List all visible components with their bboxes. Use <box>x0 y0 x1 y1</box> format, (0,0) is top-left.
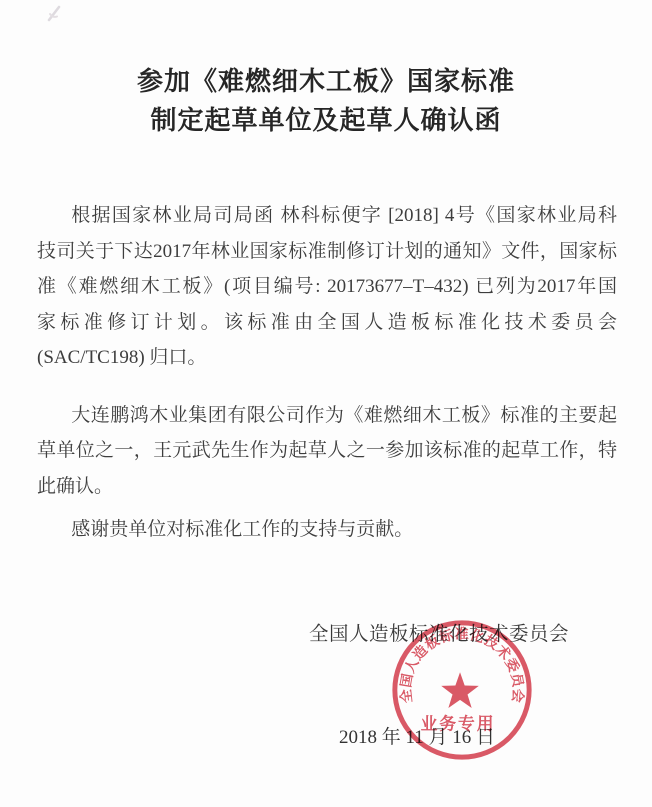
letter-title-line1: 参加《难燃细木工板》国家标准 <box>0 62 652 101</box>
body-line: (SAC/TC198) 归口。 <box>37 340 617 376</box>
pen-mark-icon <box>42 4 68 32</box>
paragraph: 根据国家林业局司局函 林科标便字 [2018] 4号《国家林业局科技司关于下达2… <box>37 198 617 376</box>
paragraph: 感谢贵单位对标准化工作的支持与贡献。 <box>37 512 617 548</box>
letter-title: 参加《难燃细木工板》国家标准 制定起草单位及起草人确认函 <box>0 62 652 140</box>
body-line: 家标准修订计划。该标准由全国人造板标准化技术委员会 <box>37 305 617 341</box>
body-line: 根据国家林业局司局函 林科标便字 [2018] 4号《国家林业局科 <box>37 198 617 234</box>
letter-body: 根据国家林业局司局函 林科标便字 [2018] 4号《国家林业局科技司关于下达2… <box>37 198 617 548</box>
body-line: 准《难燃细木工板》(项目编号: 20173677–T–432) 已列为2017年… <box>37 269 617 305</box>
body-line: 草单位之一，王元武先生作为起草人之一参加该标准的起草工作，特 <box>37 433 617 469</box>
body-line: 技司关于下达2017年林业国家标准制修订计划的通知》文件，国家标 <box>37 234 617 270</box>
letter-title-line2: 制定起草单位及起草人确认函 <box>0 101 652 140</box>
body-line: 大连鹏鸿木业集团有限公司作为《难燃细木工板》标准的主要起 <box>37 398 617 434</box>
paragraph: 大连鹏鸿木业集团有限公司作为《难燃细木工板》标准的主要起草单位之一，王元武先生作… <box>37 398 617 505</box>
body-line: 此确认。 <box>37 469 617 505</box>
seal-bottom-text: 业务专用 <box>421 714 496 734</box>
official-seal-stamp: 全国人造板标准化技术委员会 业务专用 <box>380 611 544 769</box>
scanned-letter-page: 参加《难燃细木工板》国家标准 制定起草单位及起草人确认函 根据国家林业局司局函 … <box>0 0 652 807</box>
seal-star-icon <box>441 672 479 708</box>
body-line: 感谢贵单位对标准化工作的支持与贡献。 <box>37 512 617 548</box>
